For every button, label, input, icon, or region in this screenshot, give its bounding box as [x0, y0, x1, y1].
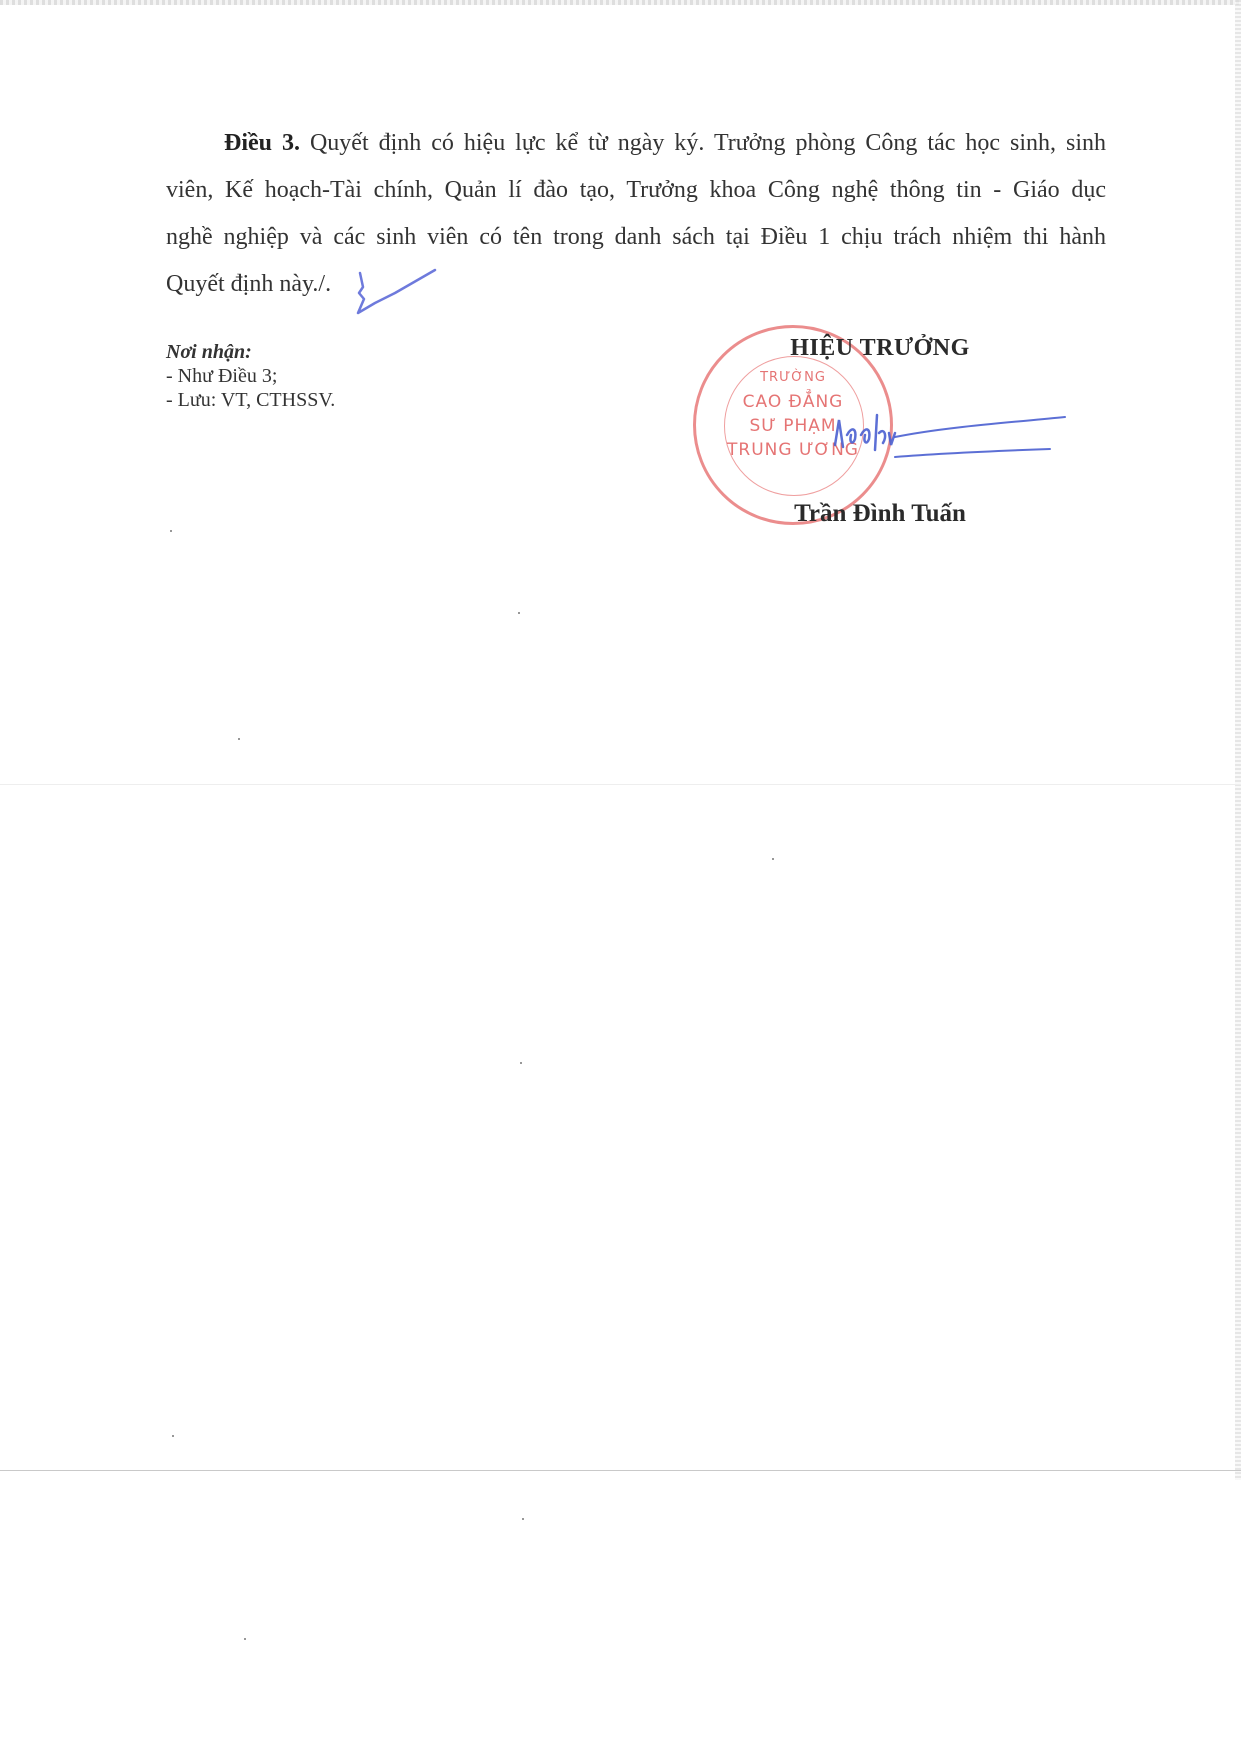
stamp-line: SƯ PHẠM	[696, 414, 890, 438]
signature-block: HIỆU TRƯỞNG Trần Đình Tuấn	[760, 335, 1000, 362]
scan-speck	[172, 1435, 174, 1437]
scan-speck	[522, 1518, 524, 1520]
recipients-block: Nơi nhận: - Như Điều 3; - Lưu: VT, CTHSS…	[166, 340, 335, 412]
recipients-title: Nơi nhận:	[166, 340, 335, 364]
scan-edge-top	[0, 0, 1241, 5]
signer-title: HIỆU TRƯỞNG	[760, 335, 1000, 362]
stamp-line: TRƯỜNG	[696, 366, 890, 390]
article-3-paragraph: Điều 3. Quyết định có hiệu lực kể từ ngà…	[166, 120, 1106, 308]
scan-speck	[520, 1062, 522, 1064]
paragraph-line: Điều 3. Quyết định có hiệu lực kể từ ngà…	[166, 120, 1106, 167]
scan-speck	[244, 1638, 246, 1640]
scan-speck	[772, 858, 774, 860]
page-fold-line	[0, 1470, 1241, 1471]
paragraph-line: Quyết định này./.	[166, 261, 1106, 308]
recipient-item: - Như Điều 3;	[166, 364, 335, 388]
stamp-line: TRUNG ƯƠNG	[696, 438, 890, 462]
scan-speck	[170, 530, 172, 532]
scan-speck	[518, 612, 520, 614]
page-fold-line	[0, 784, 1241, 785]
scan-edge-right	[1235, 0, 1241, 1480]
paragraph-line: viên, Kế hoạch-Tài chính, Quản lí đào tạ…	[166, 167, 1106, 214]
stamp-line: CAO ĐẲNG	[696, 390, 890, 414]
recipient-item: - Lưu: VT, CTHSSV.	[166, 388, 335, 412]
paragraph-line: nghề nghiệp và các sinh viên có tên tron…	[166, 214, 1106, 261]
scan-speck	[238, 738, 240, 740]
article-heading: Điều 3.	[224, 130, 300, 156]
signer-name: Trần Đình Tuấn	[760, 500, 1000, 528]
